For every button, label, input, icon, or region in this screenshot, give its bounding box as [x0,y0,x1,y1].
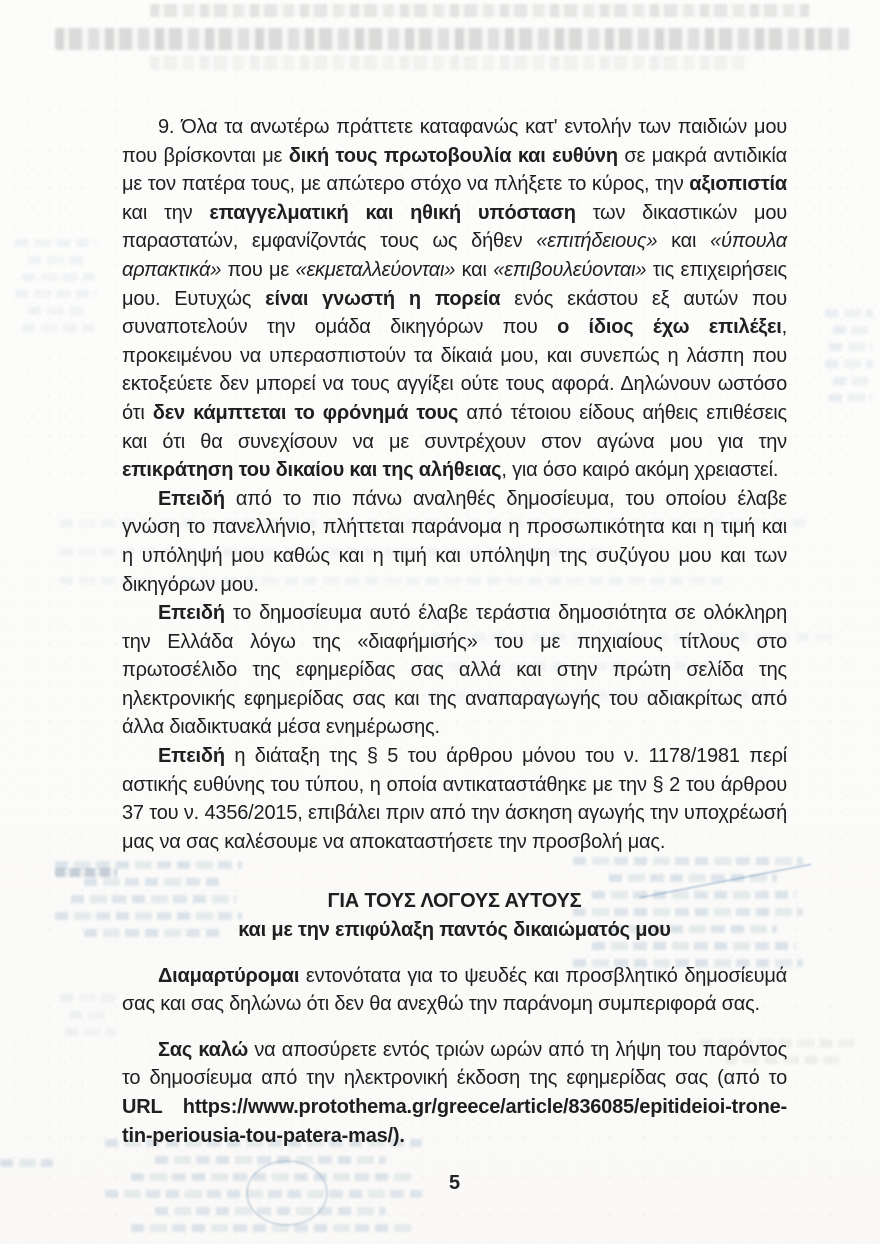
bleed-through-artifact [0,1150,55,1164]
bleed-line [825,360,873,368]
closing-formula-heading: ΓΙΑ ΤΟΥΣ ΛΟΓΟΥΣ ΑΥΤΟΥΣ [122,887,787,916]
bleed-line [22,324,94,332]
bleed-line [69,1011,111,1019]
bleed-line [65,1028,116,1036]
text-run: δεν κάμπτεται το φρόνημά τους [153,402,458,424]
letter-body: 9. Όλα τα ανωτέρω πράττετε καταφανώς κατ… [122,113,787,1150]
bleed-line [833,377,868,385]
paragraph-demand: Σας καλώ να αποσύρετε εντός τριών ωρών α… [122,1036,787,1150]
bleed-line [22,273,94,281]
text-run: είναι γνωστή η πορεία [265,288,500,310]
bleed-line [829,343,872,351]
page-number: 5 [122,1172,787,1195]
bleed-through-artifact [60,985,120,1065]
bleed-line [833,326,868,334]
text-run: Διαμαρτύρομαι [158,965,299,987]
bleed-through-ink-dash [55,868,117,877]
bleed-line [60,994,118,1002]
text-run: Επειδή [158,745,225,767]
scan-noise-band-faint [150,56,750,70]
text-run: Επειδή [158,602,225,624]
text-run: «επιτήδειους» [536,230,657,252]
bleed-line [825,309,873,317]
scan-noise-band [55,28,850,50]
text-run: ΓΙΑ ΤΟΥΣ ΛΟΓΟΥΣ ΑΥΤΟΥΣ [328,890,582,912]
paragraph-9: 9. Όλα τα ανωτέρω πράττετε καταφανώς κατ… [122,113,787,485]
text-run: ο ίδιος έχω επιλέξει [557,316,782,338]
bleed-line [131,1224,412,1232]
text-run: URL https://www.protothema.gr/greece/art… [122,1096,787,1147]
text-run: «επιβουλεύονται» [493,259,646,281]
text-run: δική τους πρωτοβουλία και ευθύνη [289,145,618,167]
scanned-page: 9. Όλα τα ανωτέρω πράττετε καταφανώς κατ… [0,0,880,1244]
bleed-line [829,394,872,402]
rights-reservation-line: και με την επιφύλαξη παντός δικαιώματός … [122,916,787,945]
text-run: Σας καλώ [158,1039,248,1061]
bleed-line [15,239,97,247]
bleed-through-artifact [825,300,875,460]
text-run: επικράτηση του δικαίου και της αλήθειας [122,459,501,481]
text-run: και με την επιφύλαξη παντός δικαιώματός … [238,919,670,941]
paragraph-epeidi-1: Επειδή από το πιο πάνω αναληθές δημοσίευ… [122,485,787,599]
bleed-line [15,290,97,298]
scan-noise-band-top [150,4,810,17]
text-run: και [455,259,493,281]
text-run: Επειδή [158,488,225,510]
paragraph-epeidi-3: Επειδή η διάταξη της § 5 του άρθρου μόνο… [122,742,787,856]
bleed-through-artifact [15,230,100,490]
bleed-line [0,1159,53,1167]
paragraph-protest: Διαμαρτύρομαι εντονότατα για το ψευδές κ… [122,962,787,1019]
bleed-line [28,307,88,315]
text-run: «εκμεταλλεύονται» [296,259,456,281]
text-run: που με [221,259,295,281]
text-run: και την [122,202,209,224]
bleed-line [28,256,88,264]
paragraph-epeidi-2: Επειδή το δημοσίευμα αυτό έλαβε τεράστια… [122,599,787,742]
text-run: επαγγελματική και ηθική υπόσταση [209,202,575,224]
text-run: , για όσο καιρό ακόμη χρειαστεί. [501,459,778,481]
text-run: αξιοπιστία [689,173,787,195]
text-run: και [657,230,710,252]
